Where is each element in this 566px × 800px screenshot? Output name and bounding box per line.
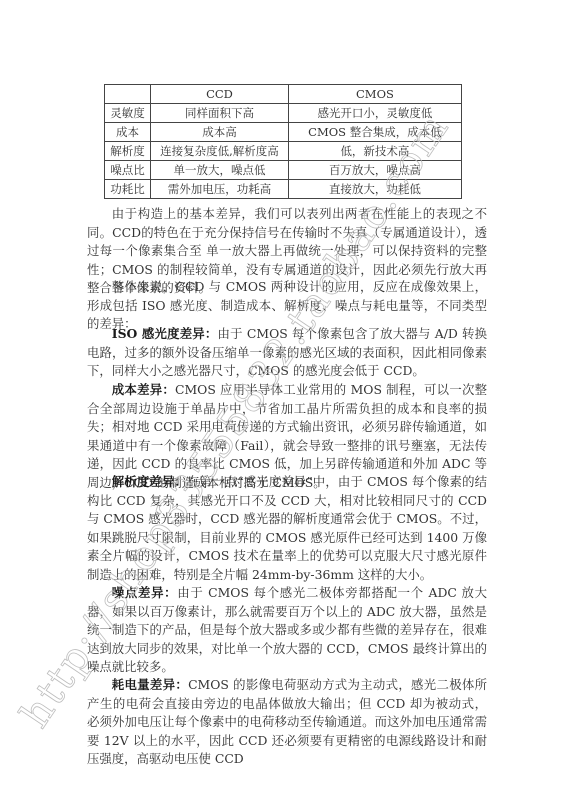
ccd-cell: 需外加电压，功耗高 — [151, 180, 289, 199]
cmos-cell: 直接放大，功耗低 — [288, 180, 461, 199]
ccd-cell: 单一放大，噪点低 — [151, 161, 289, 180]
paragraph-iso-sensitivity: ISO 感光度差异：由于 CMOS 每个像素包含了放大器与 A/D 转换电路，过… — [87, 325, 487, 381]
paragraph-heading: 成本差异： — [112, 382, 175, 397]
row-label: 功耗比 — [105, 180, 151, 199]
table-row: 功耗比 需外加电压，功耗高 直接放大，功耗低 — [105, 180, 462, 199]
row-label: 成本 — [105, 123, 151, 142]
row-label: 噪点比 — [105, 161, 151, 180]
ccd-cell: 同样面积下高 — [151, 104, 289, 123]
cmos-cell: CMOS 整合集成，成本低 — [288, 123, 461, 142]
ccd-cell: 连接复杂度低,解析度高 — [151, 142, 289, 161]
table-row: 解析度 连接复杂度低,解析度高 低，新技术高 — [105, 142, 462, 161]
table-row: 成本 成本高 CMOS 整合集成，成本低 — [105, 123, 462, 142]
table-header-cmos: CMOS — [288, 85, 461, 104]
row-label: 灵敏度 — [105, 104, 151, 123]
table-row: 灵敏度 同样面积下高 感光开口小，灵敏度低 — [105, 104, 462, 123]
paragraph-power: 耗电量差异：CMOS 的影像电荷驱动方式为主动式，感光二极体所产生的电荷会直接由… — [87, 676, 487, 769]
paragraph-text: 在第一点“感光度差异”中，由于 CMOS 每个像素的结构比 CCD 复杂，其感光… — [87, 474, 487, 582]
paragraph-text: 整体来说，CCD 与 CMOS 两种设计的应用，反应在成像效果上，形成包括 IS… — [87, 279, 487, 331]
table-header-row: CCD CMOS — [105, 85, 462, 104]
cmos-cell: 低，新技术高 — [288, 142, 461, 161]
paragraph-heading: 耗电量差异： — [112, 677, 188, 692]
paragraph-resolution: 解析度差异：在第一点“感光度差异”中，由于 CMOS 每个像素的结构比 CCD … — [87, 473, 487, 585]
cmos-cell: 百万放大，噪点高 — [288, 161, 461, 180]
cmos-cell: 感光开口小，灵敏度低 — [288, 104, 461, 123]
row-label: 解析度 — [105, 142, 151, 161]
table-row: 噪点比 单一放大，噪点低 百万放大，噪点高 — [105, 161, 462, 180]
document-page: CCD CMOS 灵敏度 同样面积下高 感光开口小，灵敏度低 成本 成本高 CM… — [0, 0, 566, 800]
paragraph-noise: 噪点差异：由于 CMOS 每个感光二极体旁都搭配一个 ADC 放大器，如果以百万… — [87, 584, 487, 677]
paragraph-heading: 噪点差异： — [112, 585, 178, 600]
ccd-cmos-comparison-table: CCD CMOS 灵敏度 同样面积下高 感光开口小，灵敏度低 成本 成本高 CM… — [104, 84, 462, 199]
table-header-cell — [105, 85, 151, 104]
ccd-cell: 成本高 — [151, 123, 289, 142]
table-header-ccd: CCD — [151, 85, 289, 104]
paragraph-heading: 解析度差异： — [112, 474, 187, 489]
paragraph-heading: ISO 感光度差异： — [112, 326, 218, 341]
